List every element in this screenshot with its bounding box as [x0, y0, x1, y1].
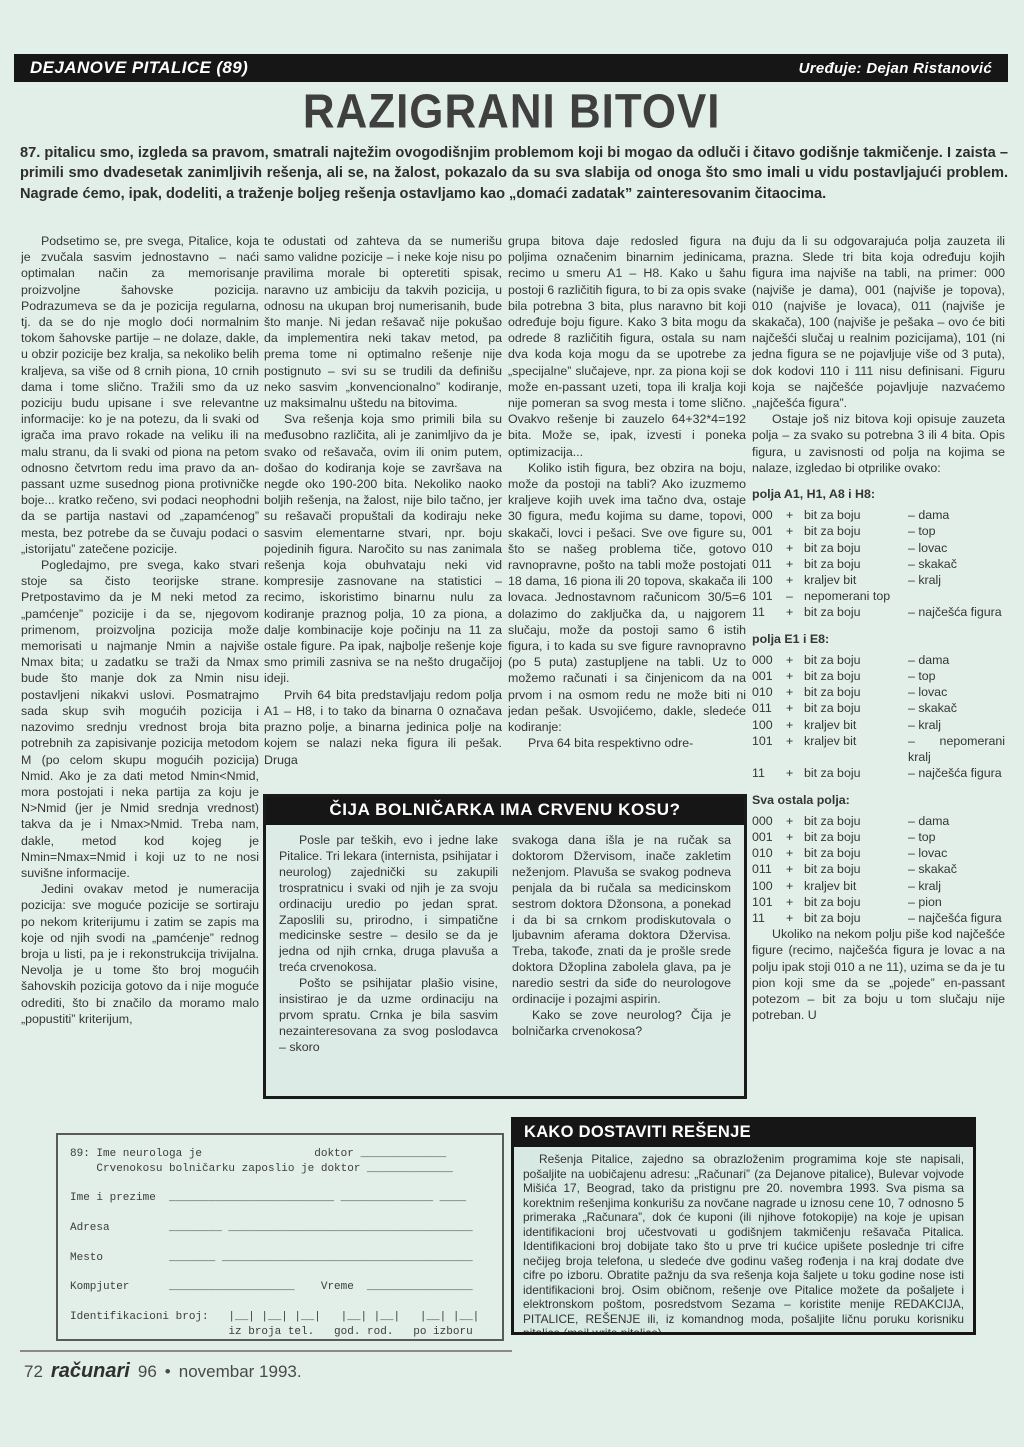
issue-date: novembar 1993. [179, 1362, 302, 1382]
bit-sign: + [786, 910, 804, 926]
answer-coupon-form: 89: Ime neurologa je doktor ____________… [56, 1133, 504, 1341]
piece-name: – top [906, 523, 1005, 539]
bit-label: bit za boju [804, 684, 906, 700]
code-row: 000 + bit za boju – dama [752, 507, 1005, 523]
code-row: 000 + bit za boju – dama [752, 813, 1005, 829]
bit-code: 101 [752, 588, 786, 604]
bit-code: 100 [752, 878, 786, 894]
bit-label: bit za boju [804, 765, 906, 781]
bit-code: 001 [752, 523, 786, 539]
piece-name: – top [906, 829, 1005, 845]
bullet-separator: • [165, 1362, 171, 1382]
paragraph: Podsetimo se, pre svega, Pitalice, koja … [21, 233, 259, 557]
section-title: DEJANOVE PITALICE (89) [30, 58, 248, 78]
paragraph: Jedini ovakav metod je numeracija pozici… [21, 881, 259, 1027]
code-row: 100 + kraljev bit – kralj [752, 717, 1005, 733]
text-column-1: Podsetimo se, pre svega, Pitalice, koja … [21, 233, 259, 1099]
bit-label: bit za boju [804, 523, 906, 539]
bit-label: bit za boju [804, 813, 906, 829]
submission-box-body: Rešenja Pitalice, zajedno sa obrazloženi… [514, 1147, 973, 1335]
bit-sign: + [786, 684, 804, 700]
bit-code: 101 [752, 894, 786, 910]
bit-code: 000 [752, 652, 786, 668]
code-table-rows: 000 + bit za boju – dama 001 + bit za bo… [752, 813, 1005, 926]
bit-code: 000 [752, 813, 786, 829]
bit-sign: – [786, 588, 804, 604]
code-row: 001 + bit za boju – top [752, 829, 1005, 845]
bit-label: bit za boju [804, 910, 906, 926]
bit-sign: + [786, 540, 804, 556]
bit-label: bit za boju [804, 894, 906, 910]
footer-divider [20, 1350, 512, 1352]
bit-label: bit za boju [804, 845, 906, 861]
code-table-rows: 000 + bit za boju – dama 001 + bit za bo… [752, 652, 1005, 782]
piece-name: – najčešća figura [906, 604, 1005, 620]
paragraph: te odustati od zahteva da se numerišu sa… [264, 233, 502, 411]
piece-name: – dama [906, 507, 1005, 523]
code-table-corner-squares: polja A1, H1, A8 i H8: 000 + bit za boju… [752, 486, 1005, 621]
bit-sign: + [786, 765, 804, 781]
piece-name: – lovac [906, 684, 1005, 700]
bit-code: 010 [752, 540, 786, 556]
form-line [70, 1236, 490, 1251]
bit-sign: + [786, 572, 804, 588]
code-row: 101 – nepomerani top [752, 588, 1005, 604]
editor-credit: Uređuje: Dejan Ristanović [799, 60, 992, 77]
code-row: 000 + bit za boju – dama [752, 652, 1005, 668]
code-row: 010 + bit za boju – lovac [752, 845, 1005, 861]
paragraph: Prva 64 bita respektivno odre- [508, 735, 746, 751]
bit-sign: + [786, 668, 804, 684]
form-line: 89: Ime neurologa je doktor ____________… [70, 1147, 490, 1162]
bit-sign: + [786, 507, 804, 523]
code-row: 001 + bit za boju – top [752, 523, 1005, 539]
form-line: Adresa ________ ________________________… [70, 1221, 490, 1236]
paragraph: Koliko istih figura, bez obzira na boju,… [508, 460, 746, 735]
puzzle-box-columns: Posle par teških, evo i jedne lake Pital… [266, 825, 744, 1064]
form-line: Ime i prezime _________________________ … [70, 1191, 490, 1206]
bit-code: 11 [752, 604, 786, 620]
code-table-heading: polja E1 i E8: [752, 631, 1005, 647]
piece-name: – skakač [906, 861, 1005, 877]
paragraph: grupa bitova daje redosled figura na pol… [508, 233, 746, 460]
bit-label: bit za boju [804, 861, 906, 877]
piece-name: – top [906, 668, 1005, 684]
code-row: 11 + bit za boju – najčešća figura [752, 765, 1005, 781]
paragraph: Pogledajmo, pre svega, kako stvari stoje… [21, 557, 259, 881]
puzzle-question: Kako se zove neurolog? Čija je bolničark… [512, 1008, 731, 1040]
piece-name: – lovac [906, 540, 1005, 556]
puzzle-column-right: svakoga dana išla je na ručak sa doktoro… [512, 833, 731, 1056]
code-row: 11 + bit za boju – najčešća figura [752, 910, 1005, 926]
bit-code: 11 [752, 910, 786, 926]
bit-label: bit za boju [804, 540, 906, 556]
bit-label: bit za boju [804, 700, 906, 716]
code-table-other-squares: Sva ostala polja: 000 + bit za boju – da… [752, 792, 1005, 927]
bit-code: 11 [752, 765, 786, 781]
paragraph: đuju da li su odgovarajuća polja zauzeta… [752, 233, 1005, 411]
piece-name: – skakač [906, 556, 1005, 572]
paragraph: Posle par teških, evo i jedne lake Pital… [279, 833, 498, 976]
bit-label: bit za boju [804, 604, 906, 620]
article-title: RAZIGRANI BITOVI [0, 88, 1024, 137]
bit-code: 001 [752, 668, 786, 684]
code-table-heading: Sva ostala polja: [752, 792, 1005, 808]
text-column-4: đuju da li su odgovarajuća polja zauzeta… [752, 233, 1005, 1105]
code-row: 010 + bit za boju – lovac [752, 540, 1005, 556]
code-row: 011 + bit za boju – skakač [752, 861, 1005, 877]
section-header-bar: DEJANOVE PITALICE (89) Uređuje: Dejan Ri… [14, 54, 1008, 82]
bit-sign: + [786, 604, 804, 620]
bit-sign: + [786, 717, 804, 733]
piece-name: – dama [906, 652, 1005, 668]
bit-label: kraljev bit [804, 733, 906, 765]
code-row: 101 + kraljev bit – nepomerani kralj [752, 733, 1005, 765]
piece-name: – skakač [906, 700, 1005, 716]
issue-number: 96 [138, 1362, 157, 1382]
bit-sign: + [786, 652, 804, 668]
intro-paragraph: 87. pitalicu smo, izgleda sa pravom, sma… [20, 143, 1008, 204]
bit-code: 011 [752, 700, 786, 716]
form-line: Crvenokosu bolničarku zaposlio je doktor… [70, 1162, 490, 1177]
bit-code: 010 [752, 684, 786, 700]
magazine-logo: računari [51, 1360, 130, 1383]
code-row: 010 + bit za boju – lovac [752, 684, 1005, 700]
magazine-page: DEJANOVE PITALICE (89) Uređuje: Dejan Ri… [0, 0, 1024, 1447]
bit-label: bit za boju [804, 556, 906, 572]
bit-code: 100 [752, 572, 786, 588]
form-line: Kompjuter ___________________ Vreme ____… [70, 1280, 490, 1295]
bit-code: 000 [752, 507, 786, 523]
bit-sign: + [786, 556, 804, 572]
bit-code: 100 [752, 717, 786, 733]
text-column-3: grupa bitova daje redosled figura na pol… [508, 233, 746, 789]
piece-name: – nepomerani kralj [906, 733, 1005, 765]
paragraph: Ostaje još niz bitova koji opisuje zauze… [752, 411, 1005, 476]
paragraph: svakoga dana išla je na ručak sa doktoro… [512, 833, 731, 1008]
bit-label: bit za boju [804, 507, 906, 523]
code-table-e-squares: polja E1 i E8: 000 + bit za boju – dama … [752, 631, 1005, 782]
piece-name: – pion [906, 894, 1005, 910]
code-table-heading: polja A1, H1, A8 i H8: [752, 486, 1005, 502]
page-footer: 72 računari 96 • novembar 1993. [24, 1360, 302, 1383]
code-table-rows: 000 + bit za boju – dama 001 + bit za bo… [752, 507, 1005, 620]
bit-sign: + [786, 523, 804, 539]
article-title-text: RAZIGRANI BITOVI [303, 85, 721, 140]
bit-code: 010 [752, 845, 786, 861]
piece-name: – dama [906, 813, 1005, 829]
form-line: Mesto _______ __________________________… [70, 1251, 490, 1266]
piece-name: – lovac [906, 845, 1005, 861]
bit-label: kraljev bit [804, 572, 906, 588]
code-row: 100 + kraljev bit – kralj [752, 572, 1005, 588]
paragraph: Sva rešenja koja smo primili bila su međ… [264, 411, 502, 686]
bit-sign: + [786, 861, 804, 877]
bit-sign: + [786, 733, 804, 765]
paragraph: Prvih 64 bita predstavljaju redom polja … [264, 687, 502, 768]
piece-name: – kralj [906, 878, 1005, 894]
bit-label: bit za boju [804, 829, 906, 845]
piece-name: – kralj [906, 572, 1005, 588]
piece-name: – najčešća figura [906, 910, 1005, 926]
bit-code: 101 [752, 733, 786, 765]
code-row: 001 + bit za boju – top [752, 668, 1005, 684]
paragraph: Pošto se psihijatar plašio visine, insis… [279, 976, 498, 1056]
form-line: iz broja tel. god. rod. po izboru [70, 1325, 490, 1340]
code-row: 011 + bit za boju – skakač [752, 700, 1005, 716]
form-line [70, 1206, 490, 1221]
bit-code: 001 [752, 829, 786, 845]
piece-name: – kralj [906, 717, 1005, 733]
code-row: 101 + bit za boju – pion [752, 894, 1005, 910]
bit-sign: + [786, 845, 804, 861]
puzzle-box-title: ČIJA BOLNIČARKA IMA CRVENU KOSU? [266, 797, 744, 825]
bit-sign: + [786, 878, 804, 894]
bit-code: 011 [752, 861, 786, 877]
code-row: 100 + kraljev bit – kralj [752, 878, 1005, 894]
bit-label: nepomerani top [804, 588, 906, 604]
puzzle-column-left: Posle par teških, evo i jedne lake Pital… [279, 833, 498, 1056]
bit-label: kraljev bit [804, 878, 906, 894]
bit-sign: + [786, 700, 804, 716]
bit-label: bit za boju [804, 668, 906, 684]
piece-name: – najčešća figura [906, 765, 1005, 781]
submission-box-title: KAKO DOSTAVITI REŠENJE [514, 1120, 973, 1147]
form-line [70, 1295, 490, 1310]
bit-sign: + [786, 813, 804, 829]
submission-instructions-box: KAKO DOSTAVITI REŠENJE Rešenja Pitalice,… [511, 1117, 976, 1335]
text-column-2: te odustati od zahteva da se numerišu sa… [264, 233, 502, 787]
paragraph: Ukoliko na nekom polju piše kod najčešće… [752, 926, 1005, 1023]
bit-sign: + [786, 829, 804, 845]
form-line [70, 1265, 490, 1280]
code-row: 011 + bit za boju – skakač [752, 556, 1005, 572]
form-line: Identifikacioni broj: |__| |__| |__| |__… [70, 1310, 490, 1325]
bit-sign: + [786, 894, 804, 910]
code-row: 11 + bit za boju – najčešća figura [752, 604, 1005, 620]
bit-code: 011 [752, 556, 786, 572]
piece-name [906, 588, 1005, 604]
form-line [70, 1177, 490, 1192]
puzzle-sidebar-box: ČIJA BOLNIČARKA IMA CRVENU KOSU? Posle p… [263, 794, 747, 1099]
bit-label: kraljev bit [804, 717, 906, 733]
page-number: 72 [24, 1362, 43, 1382]
bit-label: bit za boju [804, 652, 906, 668]
